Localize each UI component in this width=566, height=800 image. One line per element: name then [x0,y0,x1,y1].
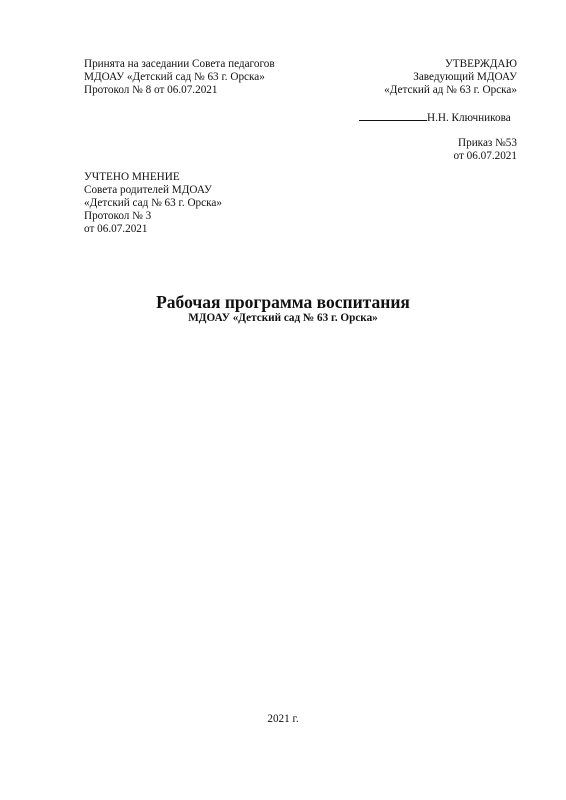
parents-council-line: от 06.07.2021 [84,223,147,236]
signature-row: Н.Н. Ключникова [359,110,511,125]
parents-council-line: Протокол № 3 [84,210,151,223]
approval-right-line: «Детский ад № 63 г. Орска» [384,84,517,97]
signature-line [359,110,427,121]
approval-left-line: МДОАУ «Детский сад № 63 г. Орска» [84,71,265,84]
approval-right-line: Заведующий МДОАУ [413,71,517,84]
parents-council-line: Совета родителей МДОАУ [84,184,212,197]
document-title: Рабочая программа воспитания [0,292,566,312]
parents-council-line: «Детский сад № 63 г. Орска» [84,197,222,210]
approval-left-line: Протокол № 8 от 06.07.2021 [84,84,217,97]
parents-council-heading: УЧТЕНО МНЕНИЕ [84,171,180,184]
signature-name: Н.Н. Ключникова [427,112,511,124]
approval-heading: УТВЕРЖДАЮ [445,58,517,71]
approval-left-line: Принята на заседании Совета педагогов [84,58,275,71]
order-number: Приказ №53 [458,137,517,150]
order-date: от 06.07.2021 [454,150,517,163]
document-year: 2021 г. [0,713,566,726]
document-subtitle: МДОАУ «Детский сад № 63 г. Орска» [0,312,566,325]
